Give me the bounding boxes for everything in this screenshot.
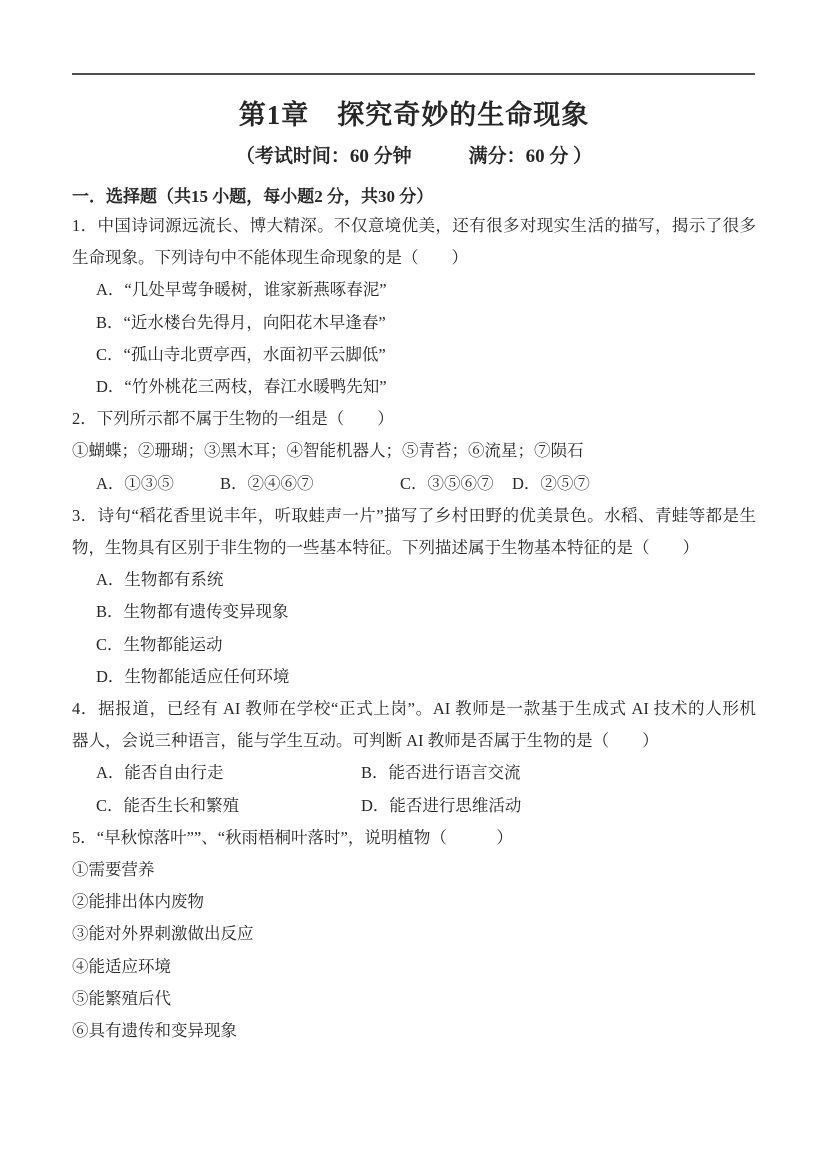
question-1-stem-line-2: 生命现象。下列诗句中不能体现生命现象的是（ ） <box>72 242 756 274</box>
question-4-option-d: D．能否进行思维活动 <box>361 790 521 822</box>
question-2-item-list: ①蝴蝶；②珊瑚；③黑木耳；④智能机器人；⑤青苔；⑥流星；⑦陨石 <box>72 435 756 467</box>
question-2-options-row: A．①③⑤ B．②④⑥⑦ C．③⑤⑥⑦ D．②⑤⑦ <box>72 468 756 500</box>
question-1-stem-line-1: 1．中国诗词源远流长、博大精深。不仅意境优美，还有很多对现实生活的描写，揭示了很… <box>72 210 756 242</box>
question-1-option-b: B．“近水楼台先得月，向阳花木早逢春” <box>72 307 756 339</box>
exam-info: （考试时间：60 分钟 满分：60 分 ） <box>72 144 756 170</box>
question-5-item-5: ⑤能繁殖后代 <box>72 983 756 1015</box>
question-1-option-c: C．“孤山寺北贾亭西，水面初平云脚低” <box>72 339 756 371</box>
question-5-item-1: ①需要营养 <box>72 854 756 886</box>
question-2-option-a: A．①③⑤ <box>96 468 220 500</box>
question-3-option-c: C．生物都能运动 <box>72 629 756 661</box>
question-3-option-d: D．生物都能适应任何环境 <box>72 661 756 693</box>
question-2-stem: 2．下列所示都不属于生物的一组是（ ） <box>72 403 756 435</box>
question-1-option-a: A．“几处早莺争暖树，谁家新燕啄春泥” <box>72 274 756 306</box>
question-4-stem-line-1: 4．据报道，已经有 AI 教师在学校“正式上岗”。AI 教师是一款基于生成式 A… <box>72 693 756 725</box>
question-4-option-a: A．能否自由行走 <box>96 757 361 789</box>
question-1-option-d: D．“竹外桃花三两枝，春江水暖鸭先知” <box>72 371 756 403</box>
question-3-option-b: B．生物都有遗传变异现象 <box>72 596 756 628</box>
question-5-item-6: ⑥具有遗传和变异现象 <box>72 1015 756 1047</box>
question-4-stem-line-2: 器人，会说三种语言，能与学生互动。可判断 AI 教师是否属于生物的是（ ） <box>72 725 756 757</box>
question-5-item-4: ④能适应环境 <box>72 951 756 983</box>
question-5-item-3: ③能对外界刺激做出反应 <box>72 918 756 950</box>
header-rule <box>72 73 755 75</box>
page-title: 第1章 探究奇妙的生命现象 <box>72 96 756 134</box>
section-heading: 一．选择题（共15 小题，每小题2 分，共30 分） <box>72 184 756 210</box>
question-4-option-b: B．能否进行语言交流 <box>361 757 521 789</box>
exam-paper-page: 第1章 探究奇妙的生命现象 （考试时间：60 分钟 满分：60 分 ） 一．选择… <box>0 0 827 1169</box>
question-3-stem-line-1: 3．诗句“稻花香里说丰年，听取蛙声一片”描写了乡村田野的优美景色。水稻、青蛙等都… <box>72 500 756 532</box>
question-3-stem-line-2: 物，生物具有区别于非生物的一些基本特征。下列描述属于生物基本特征的是（ ） <box>72 532 756 564</box>
page-content: 第1章 探究奇妙的生命现象 （考试时间：60 分钟 满分：60 分 ） 一．选择… <box>72 88 756 1047</box>
question-2-option-b: B．②④⑥⑦ <box>220 468 400 500</box>
question-4-option-c: C．能否生长和繁殖 <box>96 790 361 822</box>
question-5-stem: 5．“早秋惊落叶””、“秋雨梧桐叶落时”，说明植物（ ） <box>72 822 756 854</box>
question-5-item-2: ②能排出体内废物 <box>72 886 756 918</box>
question-4-options-row-2: C．能否生长和繁殖 D．能否进行思维活动 <box>72 790 756 822</box>
question-2-option-c: C．③⑤⑥⑦ <box>400 468 512 500</box>
question-4-options-row-1: A．能否自由行走 B．能否进行语言交流 <box>72 757 756 789</box>
question-3-option-a: A．生物都有系统 <box>72 564 756 596</box>
question-2-option-d: D．②⑤⑦ <box>512 468 590 500</box>
